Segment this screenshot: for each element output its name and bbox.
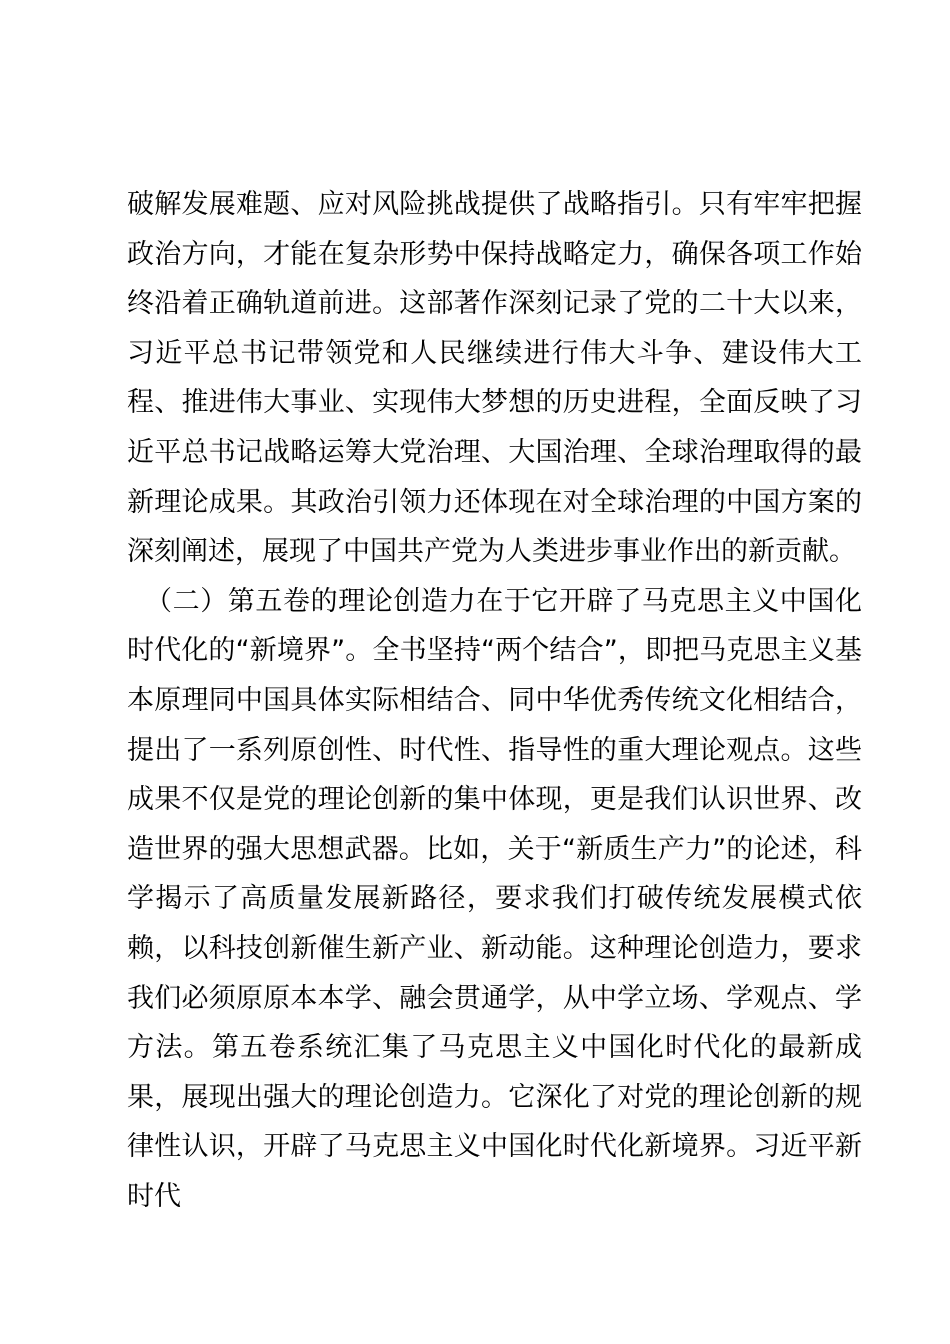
paragraph-section-two: （二）第五卷的理论创造力在于它开辟了马克思主义中国化时代化的“新境界”。全书坚持… bbox=[127, 577, 862, 1222]
document-page: 破解发展难题、应对风险挑战提供了战略指引。只有牢牢把握政治方向，才能在复杂形势中… bbox=[0, 0, 950, 1344]
document-body: 破解发展难题、应对风险挑战提供了战略指引。只有牢牢把握政治方向，才能在复杂形势中… bbox=[127, 180, 862, 1221]
paragraph-continuation: 破解发展难题、应对风险挑战提供了战略指引。只有牢牢把握政治方向，才能在复杂形势中… bbox=[127, 180, 862, 577]
